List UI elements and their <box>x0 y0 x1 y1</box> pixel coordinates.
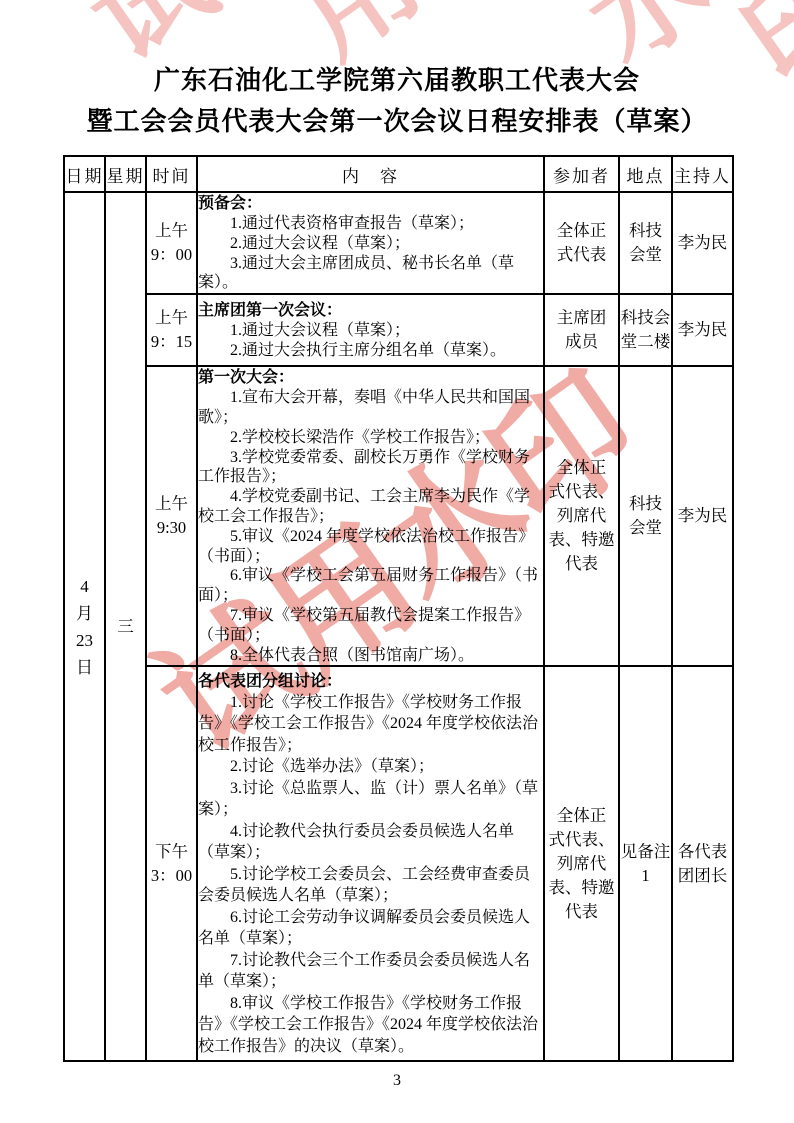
header-content: 内 容 <box>197 156 544 192</box>
agenda-item: 2.通过大会议程（草案）； <box>198 234 543 254</box>
header-weekday: 星期 <box>105 156 146 192</box>
agenda-item: 4.学校党委副书记、工会主席李为民作《学校工会工作报告》； <box>198 487 543 527</box>
content-cell: 各代表团分组讨论： 1.讨论《学校工作报告》《学校财务工作报告》《学校工会工作报… <box>197 666 544 1061</box>
agenda-section-title: 预备会： <box>198 193 543 214</box>
agenda-item: 8.全体代表合照（图书馆南广场）。 <box>198 646 543 666</box>
agenda-item: 4.讨论教代会执行委员会委员候选人名单（草案）； <box>198 821 543 864</box>
agenda-item: 1.宣布大会开幕，奏唱《中华人民共和国国歌》； <box>198 388 543 428</box>
participants-cell: 主席团 成员 <box>544 294 619 366</box>
agenda-item: 1.讨论《学校工作报告》《学校财务工作报告》《学校工会工作报告》《2024 年度… <box>198 692 543 757</box>
agenda-item: 2.通过大会执行主席分组名单（草案）。 <box>198 341 543 361</box>
header-location: 地点 <box>619 156 672 192</box>
location-cell: 见备注 1 <box>619 666 672 1061</box>
host-cell: 李为民 <box>672 294 733 366</box>
header-time: 时间 <box>146 156 197 192</box>
date-cell: 4 月 23 日 <box>64 192 105 1061</box>
table-row: 下午 3：00 各代表团分组讨论： 1.讨论《学校工作报告》《学校财务工作报告》… <box>64 666 733 1061</box>
agenda-item: 1.通过大会议程（草案）； <box>198 321 543 341</box>
time-cell: 上午 9：00 <box>146 192 197 294</box>
agenda-section-title: 主席团第一次会议： <box>198 300 543 321</box>
host-cell: 各代表 团团长 <box>672 666 733 1061</box>
document-title: 广东石油化工学院第六届教职工代表大会 暨工会会员代表大会第一次会议日程安排表（草… <box>0 60 794 142</box>
header-participants: 参加者 <box>544 156 619 192</box>
participants-cell: 全体正 式代表 <box>544 192 619 294</box>
time-cell: 上午 9:30 <box>146 366 197 666</box>
agenda-item: 5.审议《2024 年度学校依法治校工作报告》（书面）； <box>198 527 543 567</box>
agenda-item: 2.学校校长梁浩作《学校工作报告》； <box>198 428 543 448</box>
agenda-item: 3.学校党委常委、副校长万勇作《学校财务工作报告》； <box>198 448 543 488</box>
agenda-item: 3.讨论《总监票人、监（计）票人名单》（草案）； <box>198 778 543 821</box>
agenda-item: 1.通过代表资格审查报告（草案）； <box>198 214 543 234</box>
table-row: 上午 9:30 第一次大会： 1.宣布大会开幕，奏唱《中华人民共和国国歌》；2.… <box>64 366 733 666</box>
page-number: 3 <box>0 1072 794 1090</box>
table-row: 4 月 23 日 三 上午 9：00 预备会： 1.通过代表资格审查报告（草案）… <box>64 192 733 294</box>
agenda-item: 2.讨论《选举办法》（草案）； <box>198 756 543 778</box>
agenda-item: 3.通过大会主席团成员、秘书长名单（草案）。 <box>198 254 543 294</box>
agenda-table: 日期 星期 时间 内 容 参加者 地点 主持人 4 月 23 日 三 上午 9：… <box>63 155 734 1062</box>
agenda-item: 6.讨论工会劳动争议调解委员会委员候选人名单（草案）； <box>198 907 543 950</box>
time-cell: 下午 3：00 <box>146 666 197 1061</box>
agenda-items: 1.通过代表资格审查报告（草案）；2.通过大会议程（草案）；3.通过大会主席团成… <box>198 214 543 293</box>
document-title-line2: 暨工会会员代表大会第一次会议日程安排表（草案） <box>0 101 794 142</box>
location-cell: 科技 会堂 <box>619 192 672 294</box>
agenda-item: 7.审议《学校第五届教代会提案工作报告》（书面）； <box>198 606 543 646</box>
weekday-cell: 三 <box>105 192 146 1061</box>
host-cell: 李为民 <box>672 192 733 294</box>
agenda-item: 8.审议《学校工作报告》《学校财务工作报告》《学校工会工作报告》《2024 年度… <box>198 993 543 1058</box>
content-cell: 预备会： 1.通过代表资格审查报告（草案）；2.通过大会议程（草案）；3.通过大… <box>197 192 544 294</box>
location-cell: 科技会 堂二楼 <box>619 294 672 366</box>
header-host: 主持人 <box>672 156 733 192</box>
document-title-line1: 广东石油化工学院第六届教职工代表大会 <box>0 60 794 101</box>
agenda-item: 7.讨论教代会三个工作委员会委员候选人名单（草案）； <box>198 950 543 993</box>
agenda-section-title: 各代表团分组讨论： <box>198 671 543 692</box>
agenda-items: 1.通过大会议程（草案）；2.通过大会执行主席分组名单（草案）。 <box>198 321 543 361</box>
time-cell: 上午 9：15 <box>146 294 197 366</box>
agenda-item: 6.审议《学校工会第五届财务工作报告》（书面）； <box>198 566 543 606</box>
header-date: 日期 <box>64 156 105 192</box>
table-header-row: 日期 星期 时间 内 容 参加者 地点 主持人 <box>64 156 733 192</box>
document-page: { "page": { "title_line1": "广东石油化工学院第六届教… <box>0 0 794 1123</box>
agenda-items: 1.讨论《学校工作报告》《学校财务工作报告》《学校工会工作报告》《2024 年度… <box>198 692 543 1058</box>
host-cell: 李为民 <box>672 366 733 666</box>
agenda-item: 5.讨论学校工会委员会、工会经费审查委员会委员候选人名单（草案）； <box>198 864 543 907</box>
table-row: 上午 9：15 主席团第一次会议： 1.通过大会议程（草案）；2.通过大会执行主… <box>64 294 733 366</box>
agenda-section-title: 第一次大会： <box>198 367 543 388</box>
location-cell: 科技 会堂 <box>619 366 672 666</box>
content-cell: 主席团第一次会议： 1.通过大会议程（草案）；2.通过大会执行主席分组名单（草案… <box>197 294 544 366</box>
participants-cell: 全体正 式代表、 列席代 表、特邀 代表 <box>544 666 619 1061</box>
content-cell: 第一次大会： 1.宣布大会开幕，奏唱《中华人民共和国国歌》；2.学校校长梁浩作《… <box>197 366 544 666</box>
participants-cell: 全体正 式代表、 列席代 表、特邀 代表 <box>544 366 619 666</box>
agenda-items: 1.宣布大会开幕，奏唱《中华人民共和国国歌》；2.学校校长梁浩作《学校工作报告》… <box>198 388 543 665</box>
